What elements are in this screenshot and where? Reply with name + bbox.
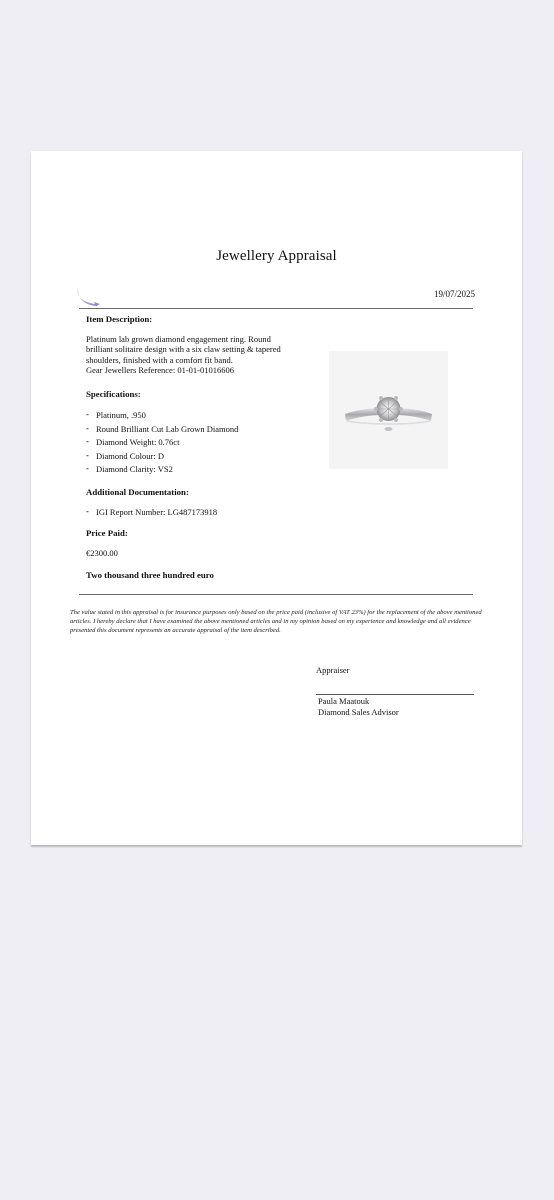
appraiser-label: Appraiser	[316, 665, 350, 675]
signer-block: Paula Maatouk Diamond Sales Advisor	[318, 696, 399, 717]
price-value: €2300.00	[86, 548, 331, 559]
spec-item: Round Brilliant Cut Lab Grown Diamond	[86, 423, 331, 437]
description-line: Platinum lab grown diamond engagement ri…	[86, 334, 331, 345]
spec-item: Diamond Colour: D	[86, 450, 331, 464]
documentation-list: IGI Report Number: LG487173918	[86, 506, 331, 520]
item-description-heading: Item Description:	[86, 314, 331, 325]
specifications-list: Platinum, .950 Round Brilliant Cut Lab G…	[86, 409, 331, 477]
price-in-words: Two thousand three hundred euro	[86, 570, 331, 581]
spec-item: Platinum, .950	[86, 409, 331, 423]
header-divider	[79, 308, 473, 309]
brand-swoosh-logo-icon	[75, 285, 105, 307]
appraisal-page: Jewellery Appraisal 19/07/2025 Item Desc…	[31, 151, 522, 845]
description-line: brilliant solitaire design with a six cl…	[86, 344, 331, 355]
specifications-heading: Specifications:	[86, 389, 331, 400]
specifications-section: Specifications: Platinum, .950 Round Bri…	[86, 389, 331, 477]
additional-documentation-section: Additional Documentation: IGI Report Num…	[86, 487, 331, 520]
item-description-text: Platinum lab grown diamond engagement ri…	[86, 334, 331, 376]
appraisal-body: Item Description: Platinum lab grown dia…	[86, 314, 331, 580]
appraiser-name: Paula Maatouk	[318, 696, 399, 707]
reference-number: Gear Jewellers Reference: 01-01-01016606	[86, 365, 331, 376]
spec-item: Diamond Weight: 0.76ct	[86, 436, 331, 450]
price-section: Price Paid: €2300.00 Two thousand three …	[86, 528, 331, 581]
appraisal-date: 19/07/2025	[434, 289, 475, 299]
description-line: shoulders, finished with a comfort fit b…	[86, 355, 331, 366]
spec-item: Diamond Clarity: VS2	[86, 463, 331, 477]
ring-photo	[329, 351, 448, 469]
document-title: Jewellery Appraisal	[31, 248, 522, 265]
documentation-item: IGI Report Number: LG487173918	[86, 506, 331, 520]
body-divider	[79, 594, 473, 595]
appraiser-role: Diamond Sales Advisor	[318, 707, 399, 718]
additional-documentation-heading: Additional Documentation:	[86, 487, 331, 498]
insurance-disclaimer: The value stated in this appraisal is fo…	[70, 608, 495, 635]
signature-line	[316, 694, 474, 695]
price-paid-heading: Price Paid:	[86, 528, 331, 539]
